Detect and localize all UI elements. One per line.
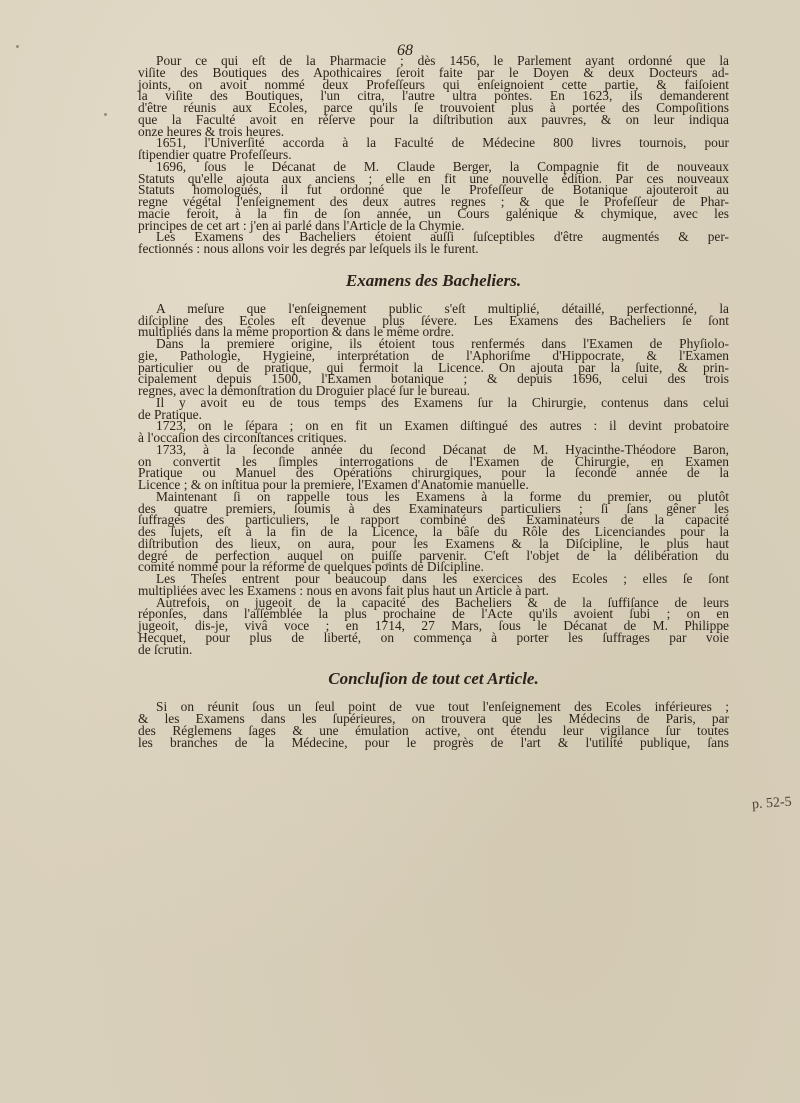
text-line: de ſcrutin. [138,644,729,656]
paragraph-chirurgie: Il y avoit eu de tous temps des Examens … [138,397,729,421]
paragraph-1696: 1696, ſous le Décanat de M. Claude Berge… [138,161,729,232]
paper-speck [386,563,389,566]
paper-speck [104,113,107,116]
paper-speck [16,45,19,48]
paragraph-pharmacie: Pour ce qui eſt de la Pharmacie ; dès 14… [138,55,729,137]
section-heading-examens: Examens des Bacheliers. [138,271,729,291]
section-heading-conclusion: Concluſion de tout cet Article. [138,669,729,689]
text-line: les branches de la Médecine, pour le pro… [138,737,729,749]
body-text: Pour ce qui eſt de la Pharmacie ; dès 14… [138,55,729,748]
text-line: Il y avoit eu de tous temps des Examens … [138,397,729,409]
paragraph-conclusion: Si on réunit ſous un ſeul point de vue t… [138,701,729,748]
paragraph-maintenant: Maintenant ſi on rappelle tous les Exame… [138,491,729,573]
scanned-book-page: 68 Pour ce qui eſt de la Pharmacie ; dès… [0,0,800,1103]
paragraph-mesure: A meſure que l'enſeignement public s'eſt… [138,303,729,338]
paragraph-1733: 1733, à la ſeconde année du ſecond Décan… [138,444,729,491]
paragraph-theses: Les Theſes entrent pour beaucoup dans le… [138,573,729,597]
paragraph-1723: 1723, on le ſépara ; on en fit un Examen… [138,420,729,444]
paragraph-1651: 1651, l'Univerſité accorda à la Faculté … [138,137,729,161]
paragraph-autrefois: Autrefois, on jugeoit de la capacité des… [138,597,729,656]
paragraph-origine: Dans la premiere origine, ils étoient to… [138,338,729,397]
text-line: Hecquet, pour plus de liberté, on commen… [138,632,729,644]
text-line: fectionnés : nous allons voir les degrés… [138,243,729,255]
handwritten-margin-note: p. 52-5 [751,795,792,814]
paragraph-examens-intro: Les Examens des Bacheliers étoient auſſi… [138,231,729,255]
